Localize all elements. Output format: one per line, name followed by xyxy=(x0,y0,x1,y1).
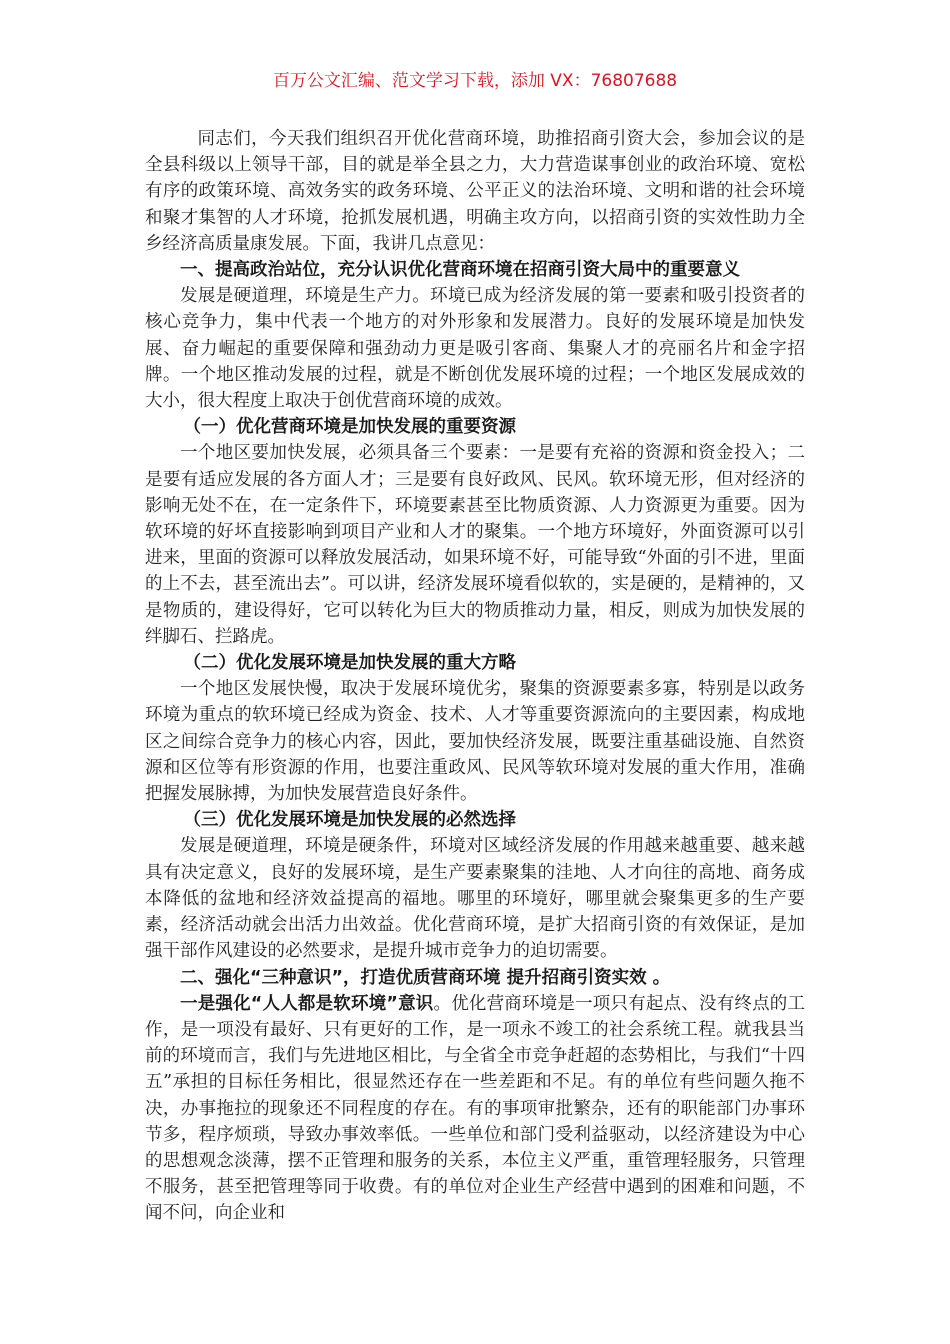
section-1-heading: 一、提高政治站位，充分认识优化营商环境在招商引资大局中的重要意义 xyxy=(145,257,805,283)
section-1-paragraph: 发展是硬道理，环境是生产力。环境已成为经济发展的第一要素和吸引投资者的核心竞争力… xyxy=(145,283,805,414)
subsection-3-paragraph: 发展是硬道理，环境是硬条件，环境对区域经济发展的作用越来越重要、越来越具有决定意… xyxy=(145,833,805,964)
point-1-lead: 一是强化“人人都是软环境”意识 xyxy=(180,994,434,1014)
subsection-2-heading: （二）优化发展环境是加快发展的重大方略 xyxy=(145,650,805,676)
subsection-3-heading: （三）优化发展环境是加快发展的必然选择 xyxy=(145,807,805,833)
watermark-banner: 百万公文汇编、范文学习下载，添加 VX：76807688 xyxy=(0,66,950,91)
section-2-point-1: 一是强化“人人都是软环境”意识。优化营商环境是一项只有起点、没有终点的工作，是一… xyxy=(145,991,805,1227)
intro-paragraph: 同志们，今天我们组织召开优化营商环境，助推招商引资大会，参加会议的是全县科级以上… xyxy=(145,126,805,257)
subsection-1-paragraph: 一个地区要加快发展，必须具备三个要素：一是要有充裕的资源和资金投入；二是要有适应… xyxy=(145,440,805,650)
point-1-text: 。优化营商环境是一项只有起点、没有终点的工作，是一项没有最好、只有更好的工作，是… xyxy=(145,994,805,1224)
subsection-1-heading: （一）优化营商环境是加快发展的重要资源 xyxy=(145,414,805,440)
subsection-2-paragraph: 一个地区发展快慢，取决于发展环境优劣，聚集的资源要素多寡，特别是以政务环境为重点… xyxy=(145,676,805,807)
section-2-heading: 二、强化“三种意识”，打造优质营商环境 提升招商引资实效 。 xyxy=(145,965,805,991)
document-body: 同志们，今天我们组织召开优化营商环境，助推招商引资大会，参加会议的是全县科级以上… xyxy=(145,126,805,1227)
